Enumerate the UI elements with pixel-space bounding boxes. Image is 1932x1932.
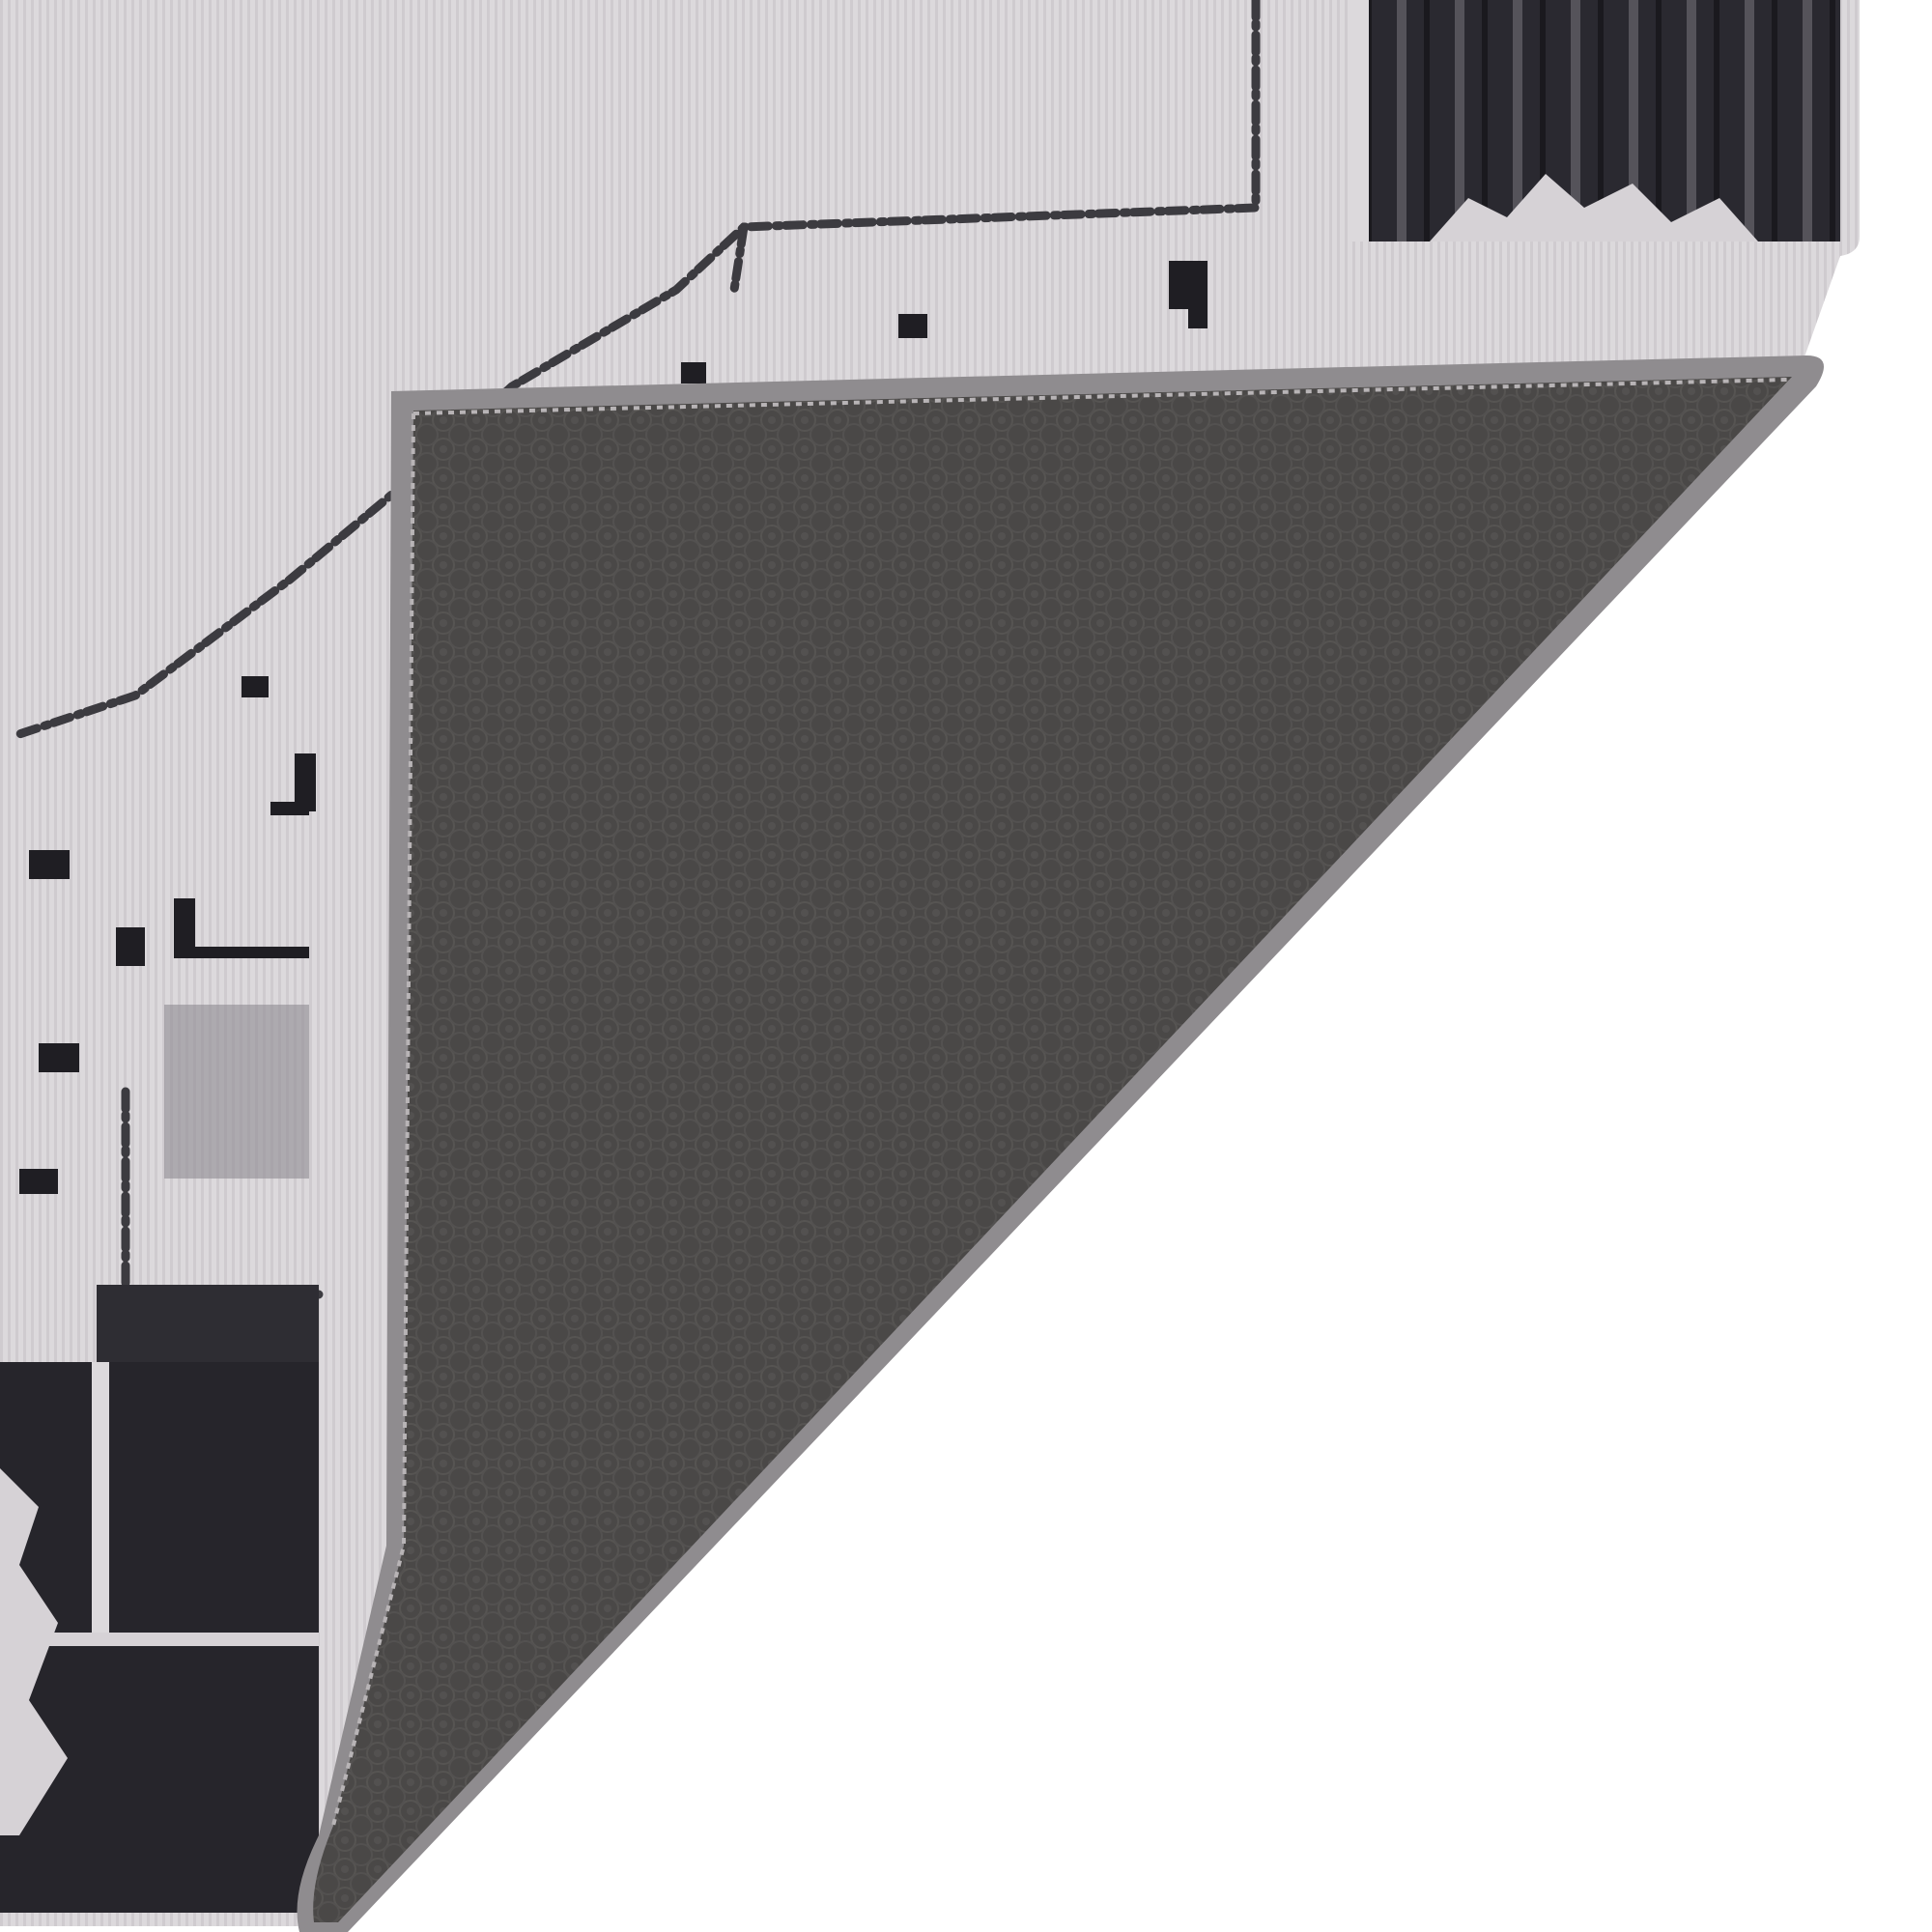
rug-photo bbox=[0, 0, 1932, 1932]
rug-pattern-gray-fill bbox=[164, 1005, 309, 1179]
rug-border-bottom-left bbox=[0, 1362, 319, 1913]
rug-border-top-right bbox=[1348, 0, 1840, 241]
